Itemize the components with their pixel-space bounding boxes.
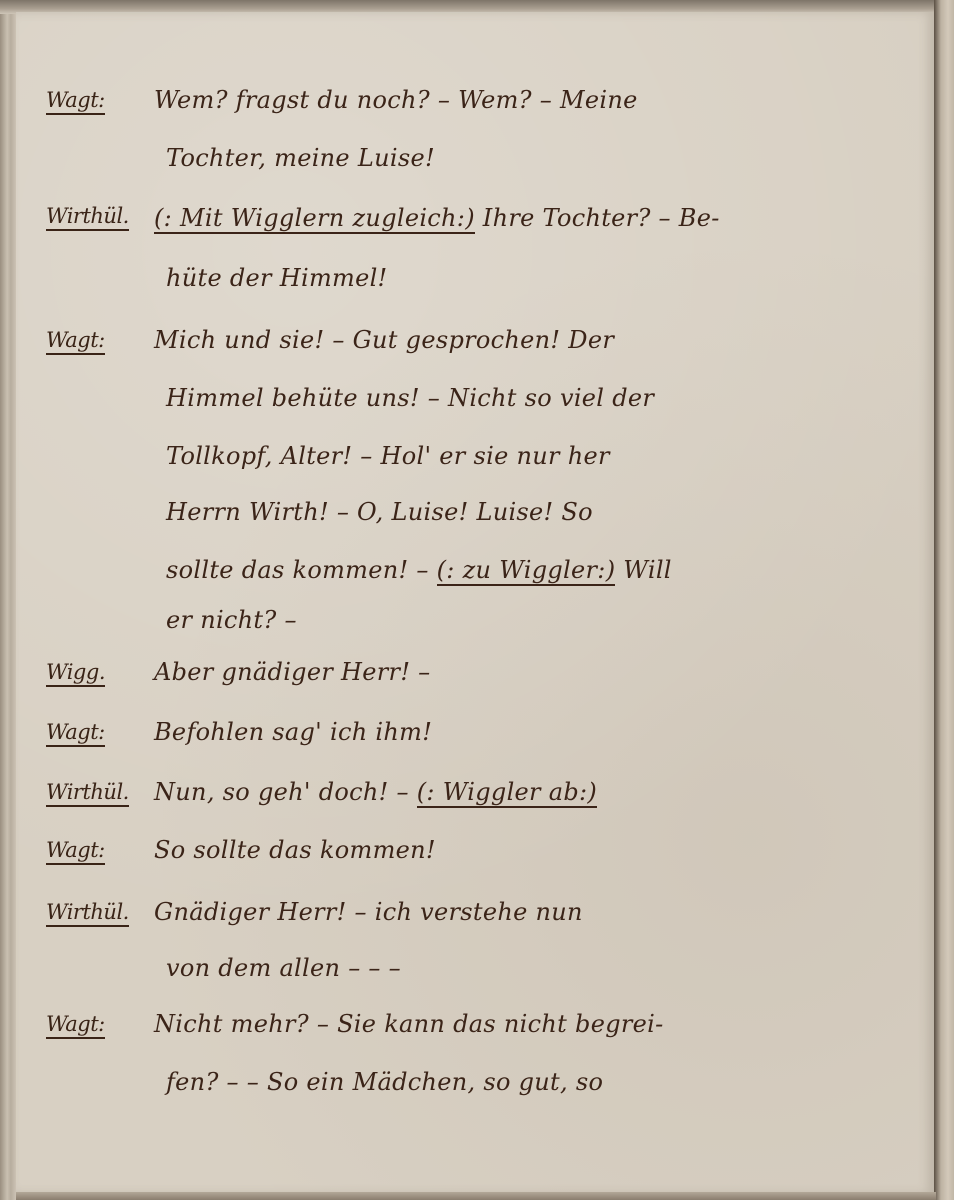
speaker-label: Wirthül. bbox=[46, 204, 129, 231]
dialogue-line: hüte der Himmel! bbox=[166, 264, 388, 292]
dialogue-line: (: Mit Wigglern zugleich:) Ihre Tochter?… bbox=[154, 204, 720, 232]
dialogue-line: von dem allen – – – bbox=[166, 954, 401, 982]
dialogue-line: sollte das kommen! – (: zu Wiggler:) Wil… bbox=[166, 556, 672, 584]
dialogue-line: Himmel behüte uns! – Nicht so viel der bbox=[166, 384, 654, 412]
speaker-label: Wagt: bbox=[46, 88, 105, 115]
dialogue-line: Befohlen sag' ich ihm! bbox=[154, 718, 432, 746]
stage-direction: (: Mit Wigglern zugleich:) bbox=[154, 204, 475, 234]
speaker-label: Wagt: bbox=[46, 328, 105, 355]
dialogue-text: Nun, so geh' doch! – bbox=[154, 778, 409, 806]
dialogue-line: er nicht? – bbox=[166, 606, 297, 634]
dialogue-line: So sollte das kommen! bbox=[154, 836, 436, 864]
speaker-label: Wagt: bbox=[46, 838, 105, 865]
dialogue-text: Ihre Tochter? – Be- bbox=[483, 204, 720, 232]
manuscript-page: Wagt: Wem? fragst du noch? – Wem? – Mein… bbox=[16, 12, 936, 1196]
dialogue-line: Mich und sie! – Gut gesprochen! Der bbox=[154, 326, 614, 354]
stage-direction: (: zu Wiggler:) bbox=[437, 556, 616, 586]
speaker-label: Wirthül. bbox=[46, 900, 129, 927]
dialogue-text: sollte das kommen! – bbox=[166, 556, 429, 584]
speaker-label: Wirthül. bbox=[46, 780, 129, 807]
dialogue-line: Nun, so geh' doch! – (: Wiggler ab:) bbox=[154, 778, 597, 806]
dialogue-line: Gnädiger Herr! – ich verstehe nun bbox=[154, 898, 583, 926]
speaker-label: Wigg. bbox=[46, 660, 105, 687]
book-edge-bottom bbox=[16, 1192, 936, 1200]
dialogue-text: Will bbox=[623, 556, 671, 584]
dialogue-line: Tochter, meine Luise! bbox=[166, 144, 435, 172]
dialogue-line: Nicht mehr? – Sie kann das nicht begrei- bbox=[154, 1010, 664, 1038]
dialogue-line: Tollkopf, Alter! – Hol' er sie nur her bbox=[166, 442, 610, 470]
speaker-label: Wagt: bbox=[46, 720, 105, 747]
book-edge-right bbox=[934, 0, 954, 1200]
dialogue-line: Aber gnädiger Herr! – bbox=[154, 658, 431, 686]
dialogue-line: Wem? fragst du noch? – Wem? – Meine bbox=[154, 86, 638, 114]
speaker-label: Wagt: bbox=[46, 1012, 105, 1039]
dialogue-line: Herrn Wirth! – O, Luise! Luise! So bbox=[166, 498, 593, 526]
dialogue-line: fen? – – So ein Mädchen, so gut, so bbox=[166, 1068, 603, 1096]
stage-direction: (: Wiggler ab:) bbox=[417, 778, 597, 808]
manuscript-book: Wagt: Wem? fragst du noch? – Wem? – Mein… bbox=[0, 0, 954, 1200]
